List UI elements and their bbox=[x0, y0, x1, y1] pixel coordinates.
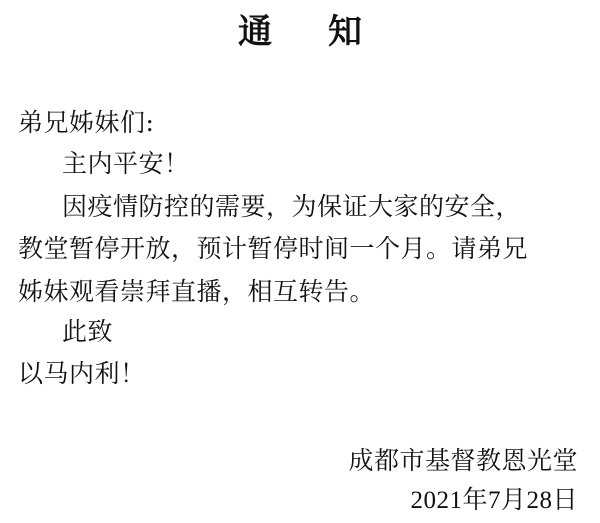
body-line-2: 教堂暂停开放，预计暂停时间一个月。请弟兄 bbox=[18, 234, 528, 264]
greeting: 弟兄姊妹们: bbox=[18, 108, 154, 138]
date: 2021年7月28日 bbox=[410, 486, 578, 516]
title-char-2: 知 bbox=[328, 12, 362, 52]
body-line-1: 因疫情防控的需要，为保证大家的安全， bbox=[62, 192, 521, 222]
blessing: 主内平安！ bbox=[62, 149, 190, 179]
notice-title: 通知 bbox=[0, 12, 600, 52]
body-line-3: 姊妹观看崇拜直播，相互转告。 bbox=[18, 277, 375, 307]
closing: 此致 bbox=[62, 317, 113, 347]
salutation: 以马内利！ bbox=[18, 359, 146, 389]
title-char-1: 通 bbox=[238, 12, 272, 52]
signature: 成都市基督教恩光堂 bbox=[348, 446, 578, 476]
